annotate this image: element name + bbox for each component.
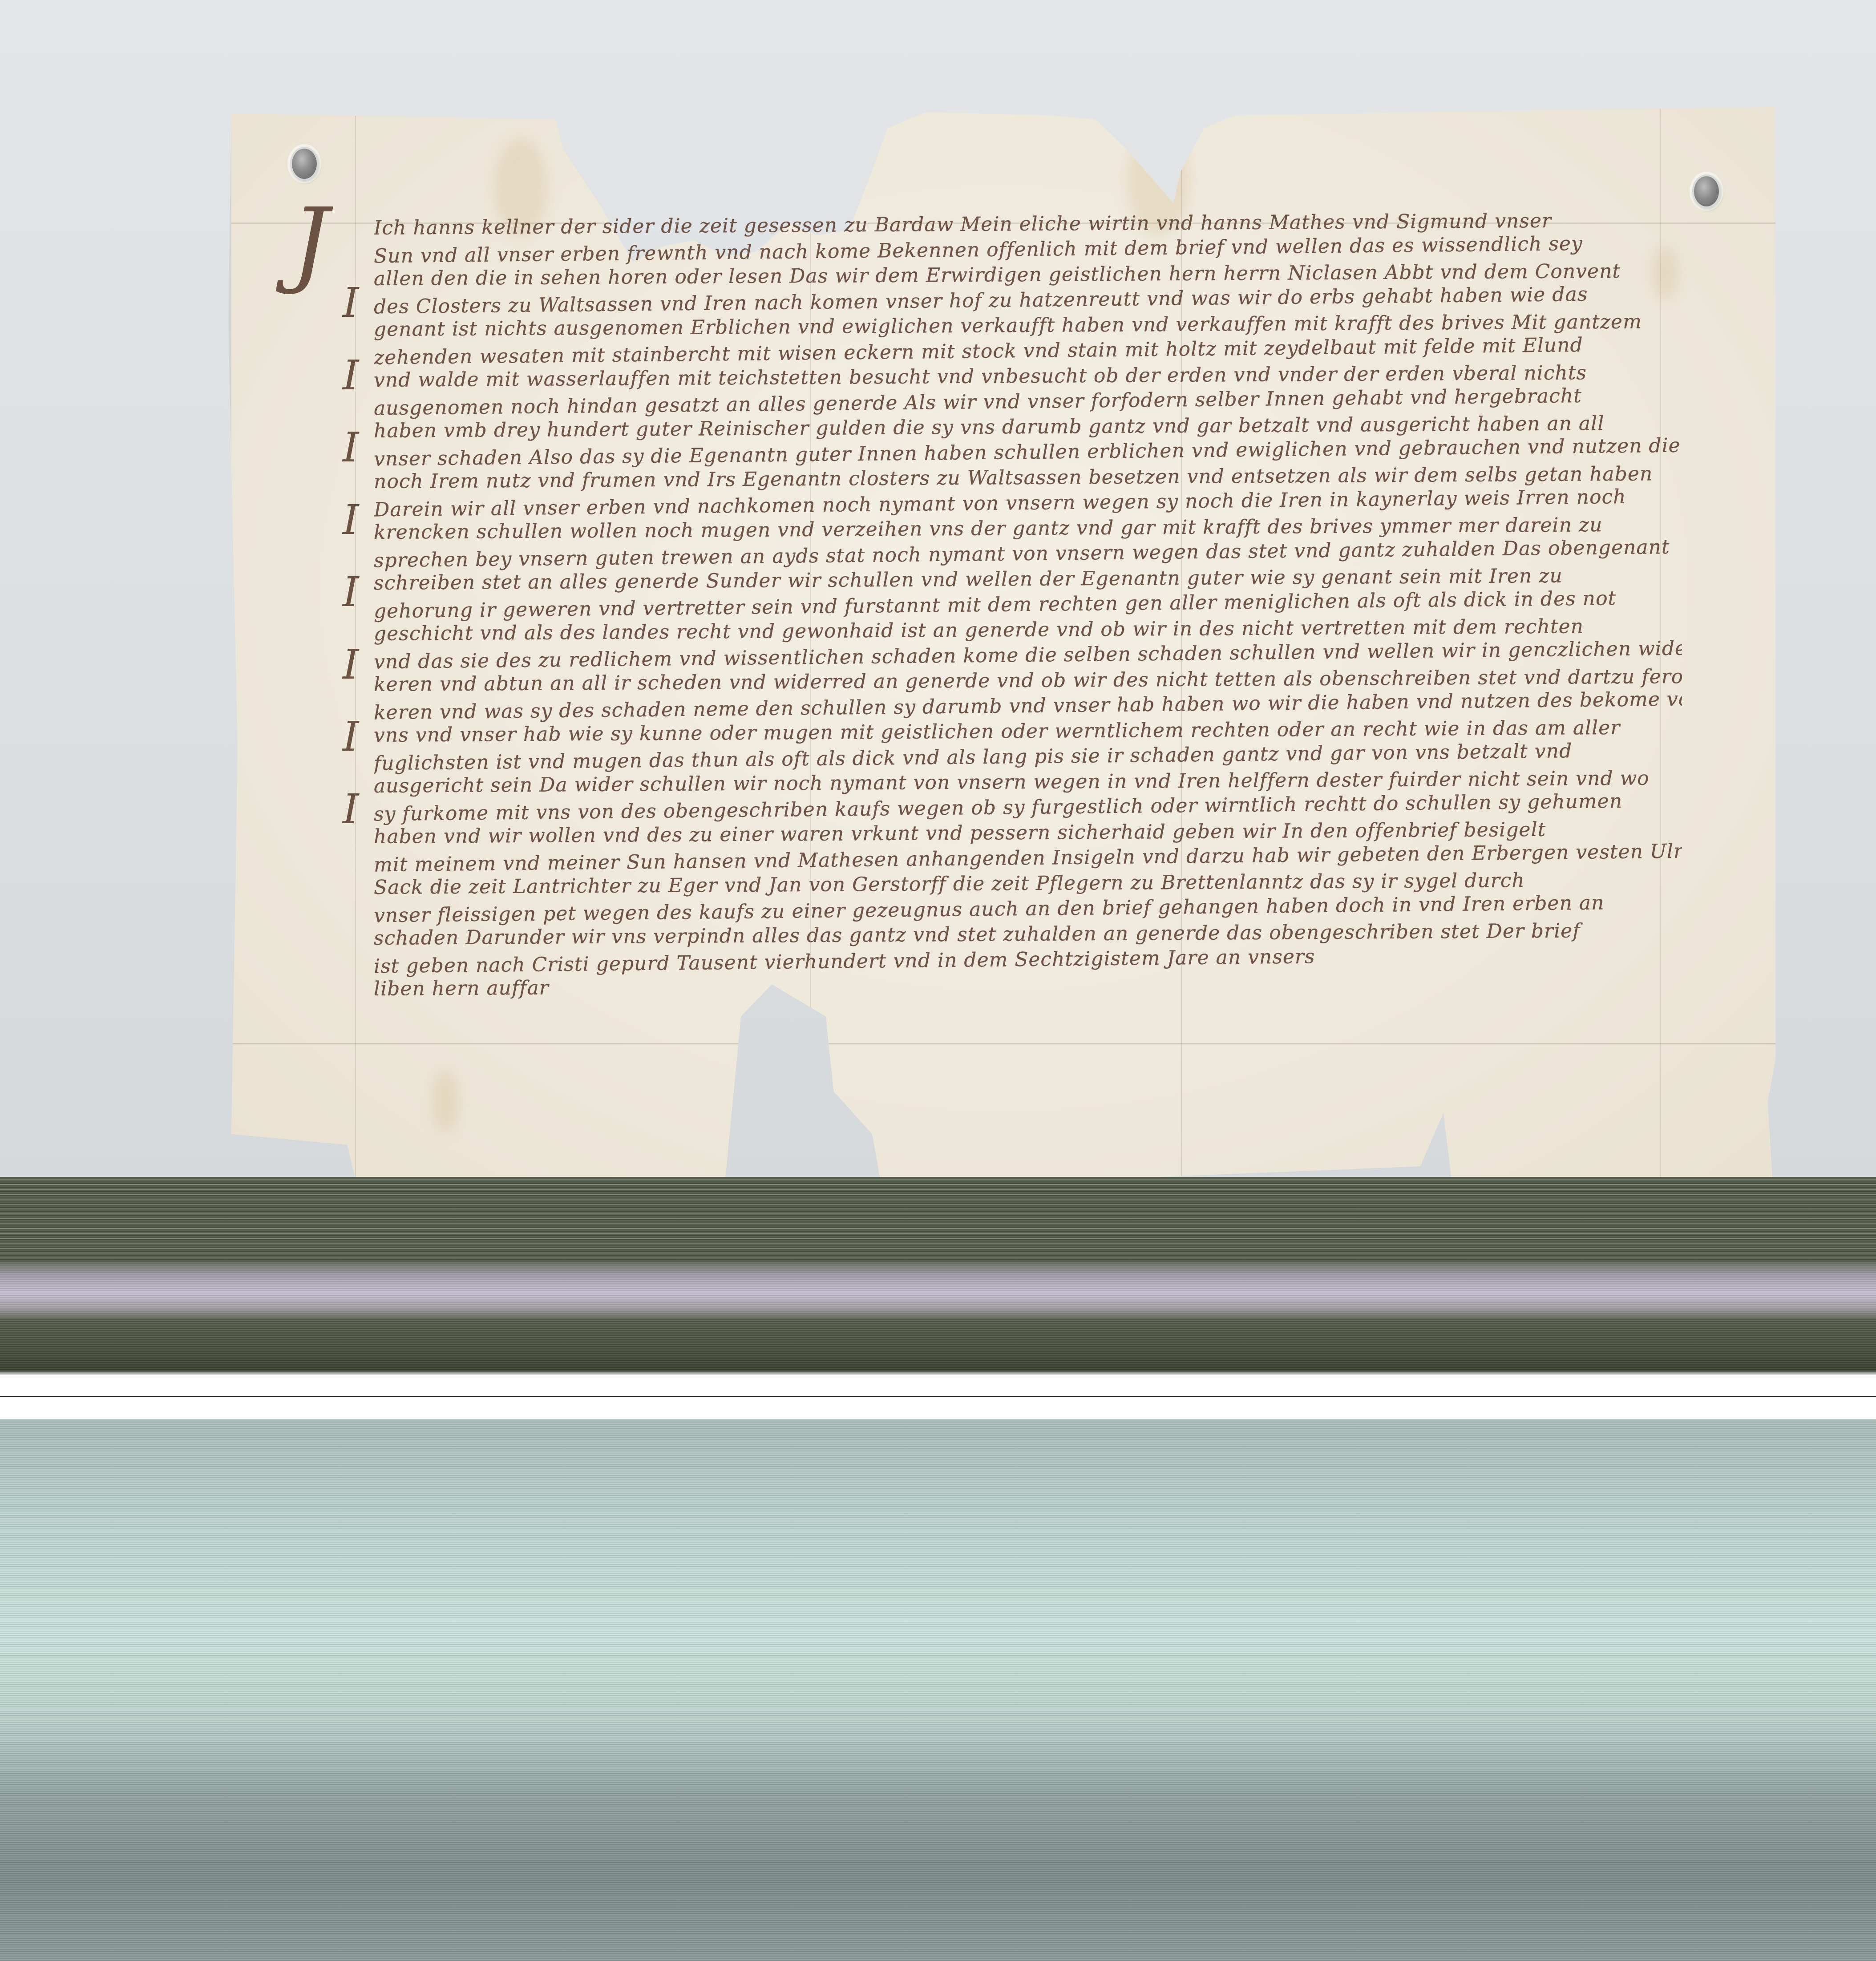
margin-ruling-marks: I I I I I I I I bbox=[343, 267, 360, 845]
margin-mark: I bbox=[343, 716, 360, 757]
margin-mark: I bbox=[343, 500, 360, 541]
decorated-initial: J bbox=[291, 196, 329, 289]
margin-mark: I bbox=[343, 283, 360, 323]
margin-mark: I bbox=[343, 789, 360, 830]
corrupted-band-green bbox=[0, 1177, 1876, 1262]
margin-mark: I bbox=[343, 427, 360, 468]
corrupted-band-white bbox=[0, 1375, 1876, 1419]
fold-line-horizontal bbox=[231, 1043, 1775, 1044]
corrupted-band-teal bbox=[0, 1419, 1876, 1961]
magnet-right-icon bbox=[1692, 174, 1721, 208]
water-stain bbox=[432, 1070, 459, 1132]
corrupted-band-divider bbox=[0, 1396, 1876, 1397]
margin-mark: I bbox=[343, 644, 360, 685]
corrupted-band-green-lower bbox=[0, 1319, 1876, 1375]
charter-text: Ich hanns kellner der sider die zeit ges… bbox=[374, 213, 1682, 999]
corrupted-band-purple bbox=[0, 1262, 1876, 1319]
margin-mark: I bbox=[343, 355, 360, 396]
magnet-left-icon bbox=[290, 147, 319, 181]
margin-mark: I bbox=[343, 572, 360, 613]
